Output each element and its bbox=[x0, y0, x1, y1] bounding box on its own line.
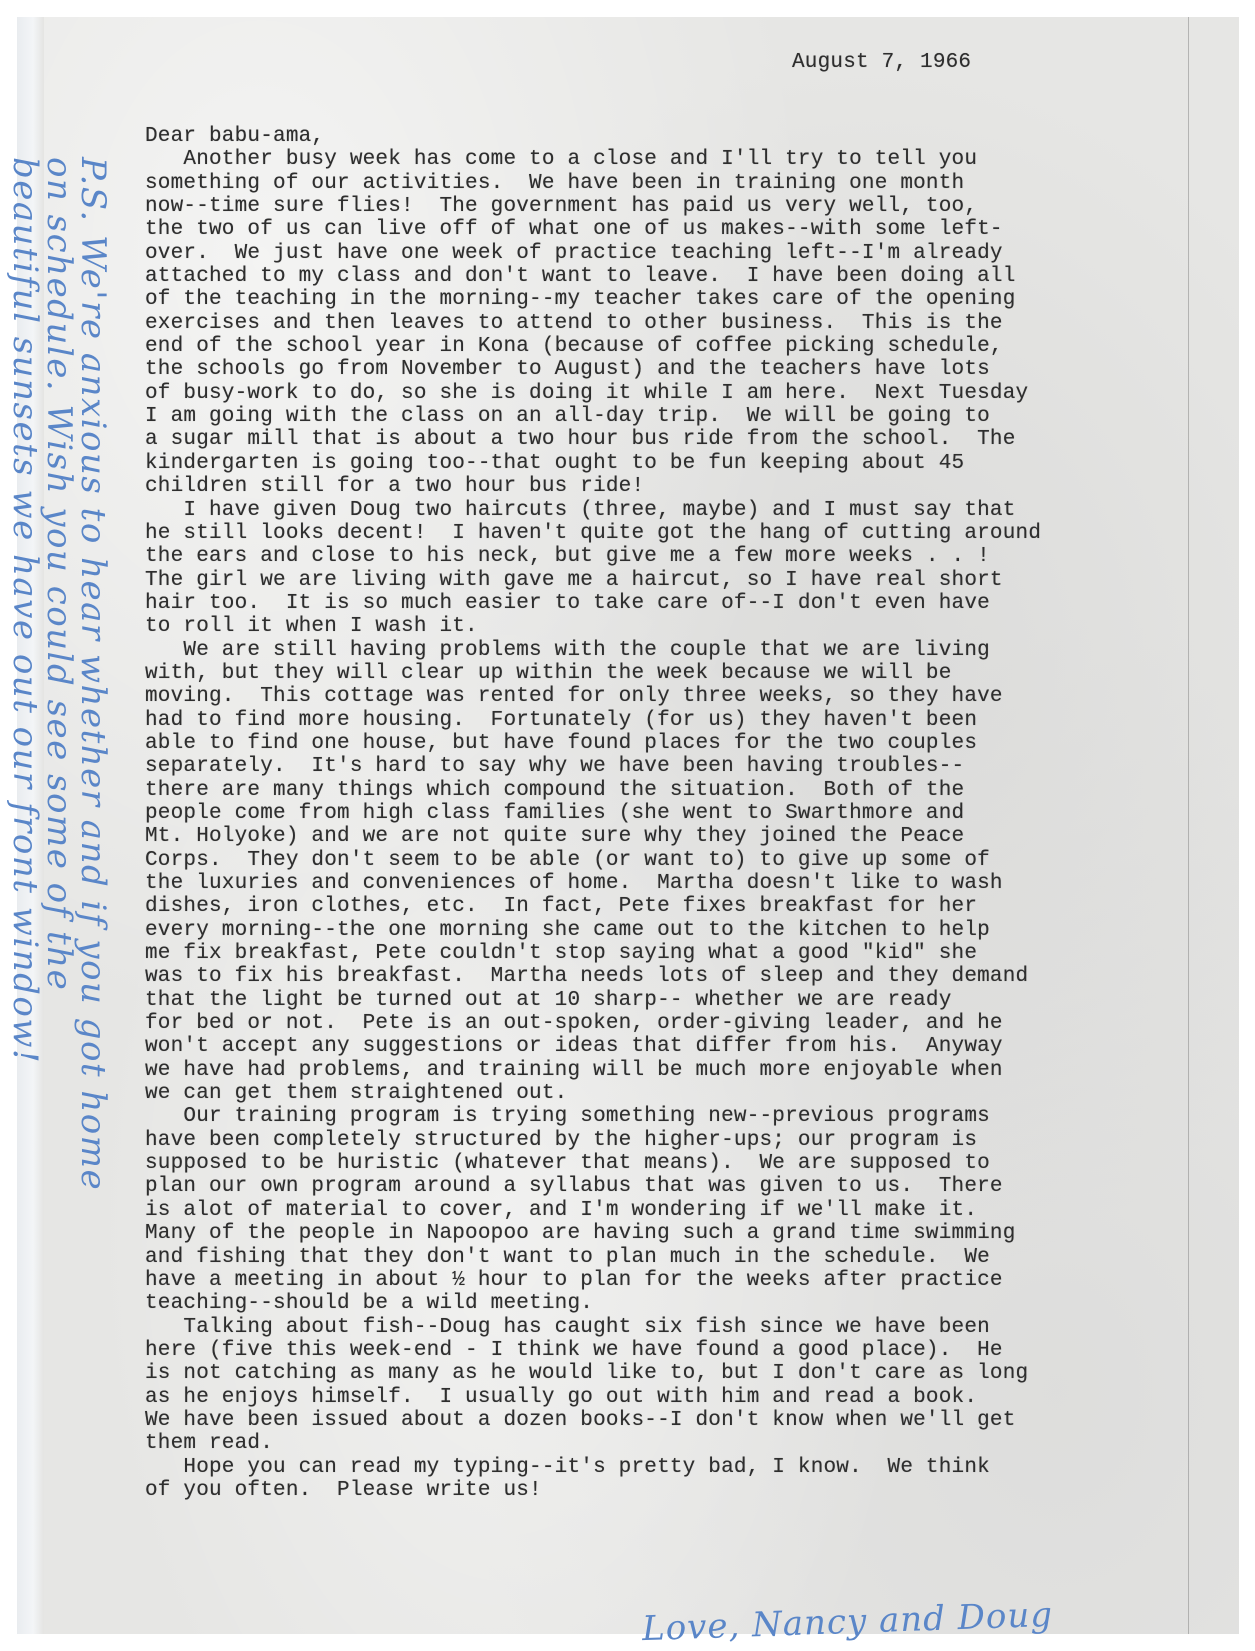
letter-line: he still looks decent! I haven't quite g… bbox=[145, 522, 1041, 545]
letter-line: able to find one house, but have found p… bbox=[145, 732, 1041, 755]
letter-line: Talking about fish--Doug has caught six … bbox=[145, 1316, 1041, 1339]
letter-line: them read. bbox=[145, 1432, 1041, 1455]
letter-line: people come from high class families (sh… bbox=[145, 802, 1041, 825]
letter-line: there are many things which compound the… bbox=[145, 779, 1041, 802]
letter-line: supposed to be huristic (whatever that m… bbox=[145, 1152, 1041, 1175]
letter-line: every morning--the one morning she came … bbox=[145, 919, 1041, 942]
letter-line: exercises and then leaves to attend to o… bbox=[145, 312, 1041, 335]
letter-line: the two of us can live off of what one o… bbox=[145, 218, 1041, 241]
letter-line: end of the school year in Kona (because … bbox=[145, 335, 1041, 358]
letter-line: of the teaching in the morning--my teach… bbox=[145, 288, 1041, 311]
letter-line: and fishing that they don't want to plan… bbox=[145, 1246, 1041, 1269]
letter-line: we can get them straightened out. bbox=[145, 1082, 1041, 1105]
letter-line: won't accept any suggestions or ideas th… bbox=[145, 1035, 1041, 1058]
letter-line: hair too. It is so much easier to take c… bbox=[145, 592, 1041, 615]
letter-page: August 7, 1966 Dear babu-ama, Another bu… bbox=[17, 17, 1239, 1634]
margin-note-line: beautiful sunsets we have out our front … bbox=[5, 157, 45, 1064]
letter-line: attached to my class and don't want to l… bbox=[145, 265, 1041, 288]
letter-line: the luxuries and conveniences of home. M… bbox=[145, 872, 1041, 895]
letter-line: I have given Doug two haircuts (three, m… bbox=[145, 499, 1041, 522]
letter-line: We have been issued about a dozen books-… bbox=[145, 1409, 1041, 1432]
letter-line: moving. This cottage was rented for only… bbox=[145, 685, 1041, 708]
letter-line: with, but they will clear up within the … bbox=[145, 662, 1041, 685]
letter-line: separately. It's hard to say why we have… bbox=[145, 755, 1041, 778]
letter-line: have a meeting in about ½ hour to plan f… bbox=[145, 1269, 1041, 1292]
handwritten-signature: Love, Nancy and Doug bbox=[641, 1595, 1053, 1649]
letter-line: Many of the people in Napoopoo are havin… bbox=[145, 1222, 1041, 1245]
letter-line: the schools go from November to August) … bbox=[145, 358, 1041, 381]
letter-date: August 7, 1966 bbox=[792, 51, 971, 74]
letter-line: had to find more housing. Fortunately (f… bbox=[145, 709, 1041, 732]
letter-line: was to fix his breakfast. Martha needs l… bbox=[145, 965, 1041, 988]
margin-note-line: on schedule. Wish you could see some of … bbox=[39, 157, 79, 991]
letter-line: something of our activities. We have bee… bbox=[145, 172, 1041, 195]
letter-line: a sugar mill that is about a two hour bu… bbox=[145, 428, 1041, 451]
letter-line: is not catching as many as he would like… bbox=[145, 1362, 1041, 1385]
letter-line: is alot of material to cover, and I'm wo… bbox=[145, 1199, 1041, 1222]
letter-line: have been completely structured by the h… bbox=[145, 1129, 1041, 1152]
letter-line: dishes, iron clothes, etc. In fact, Pete… bbox=[145, 895, 1041, 918]
letter-line: of you often. Please write us! bbox=[145, 1479, 1041, 1502]
letter-salutation: Dear babu-ama, bbox=[145, 125, 1041, 148]
letter-line: The girl we are living with gave me a ha… bbox=[145, 569, 1041, 592]
letter-line: Another busy week has come to a close an… bbox=[145, 148, 1041, 171]
letter-line: to roll it when I wash it. bbox=[145, 615, 1041, 638]
letter-line: kindergarten is going too--that ought to… bbox=[145, 452, 1041, 475]
letter-line: teaching--should be a wild meeting. bbox=[145, 1292, 1041, 1315]
letter-line: now--time sure flies! The government has… bbox=[145, 195, 1041, 218]
letter-line: the ears and close to his neck, but give… bbox=[145, 545, 1041, 568]
letter-line: Our training program is trying something… bbox=[145, 1105, 1041, 1128]
paper-fold-line bbox=[1188, 17, 1189, 1634]
letter-line: plan our own program around a syllabus t… bbox=[145, 1175, 1041, 1198]
letter-line: I am going with the class on an all-day … bbox=[145, 405, 1041, 428]
letter-line: children still for a two hour bus ride! bbox=[145, 475, 1041, 498]
letter-line: as he enjoys himself. I usually go out w… bbox=[145, 1386, 1041, 1409]
letter-line: here (five this week-end - I think we ha… bbox=[145, 1339, 1041, 1362]
letter-body: Dear babu-ama, Another busy week has com… bbox=[145, 125, 1041, 1502]
margin-note-line: P.S. We're anxious to hear whether and i… bbox=[73, 157, 113, 1191]
letter-line: We are still having problems with the co… bbox=[145, 639, 1041, 662]
letter-line: me fix breakfast, Pete couldn't stop say… bbox=[145, 942, 1041, 965]
letter-line: for bed or not. Pete is an out-spoken, o… bbox=[145, 1012, 1041, 1035]
letter-line: over. We just have one week of practice … bbox=[145, 242, 1041, 265]
letter-line: Corps. They don't seem to be able (or wa… bbox=[145, 849, 1041, 872]
letter-line: that the light be turned out at 10 sharp… bbox=[145, 989, 1041, 1012]
letter-line: Mt. Holyoke) and we are not quite sure w… bbox=[145, 825, 1041, 848]
letter-line: we have had problems, and training will … bbox=[145, 1059, 1041, 1082]
letter-line: Hope you can read my typing--it's pretty… bbox=[145, 1456, 1041, 1479]
letter-line: of busy-work to do, so she is doing it w… bbox=[145, 382, 1041, 405]
